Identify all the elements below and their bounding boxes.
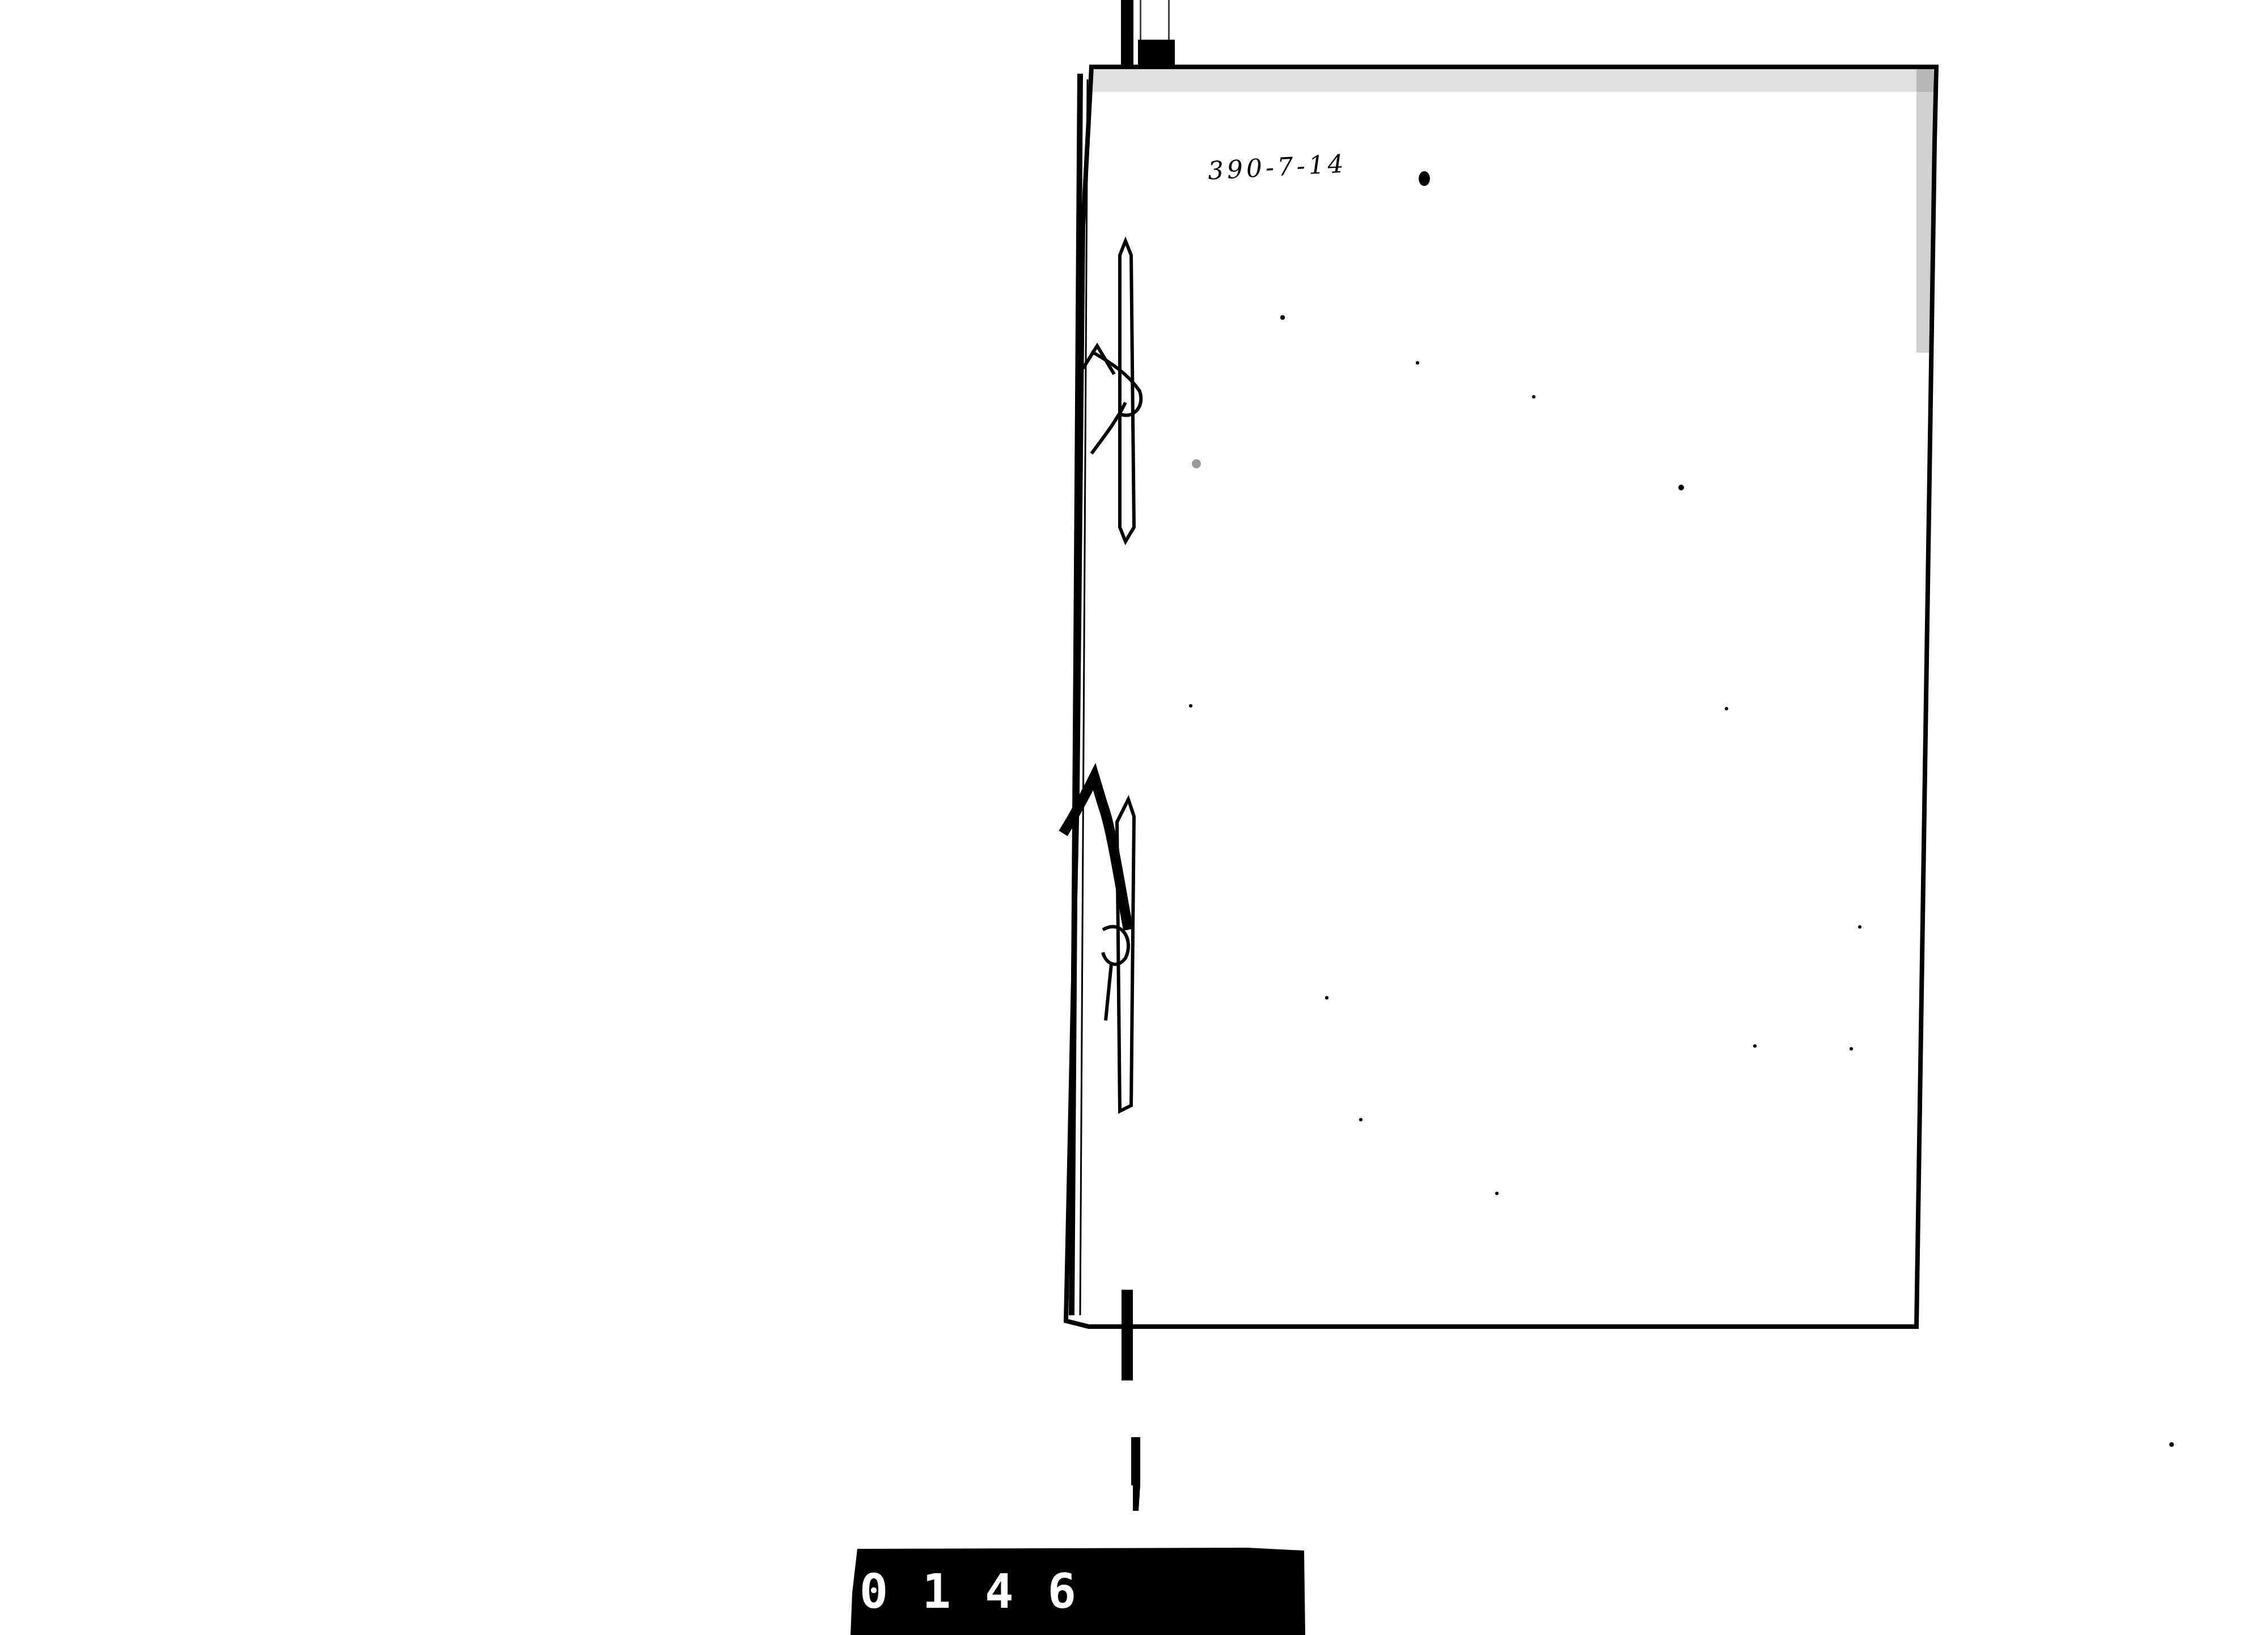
top-clip: [1121, 0, 1175, 65]
frame-counter-digit: 6: [1048, 1564, 1077, 1619]
frame-counter-digit: 0: [860, 1564, 888, 1619]
scan-scene: [0, 0, 2268, 1635]
document-cover: [1066, 67, 1936, 1327]
frame-counter-digit: 1: [922, 1564, 951, 1619]
frame-counter-digit: 4: [985, 1564, 1014, 1619]
frame-counter: 0 1 4 6: [857, 1548, 1078, 1635]
